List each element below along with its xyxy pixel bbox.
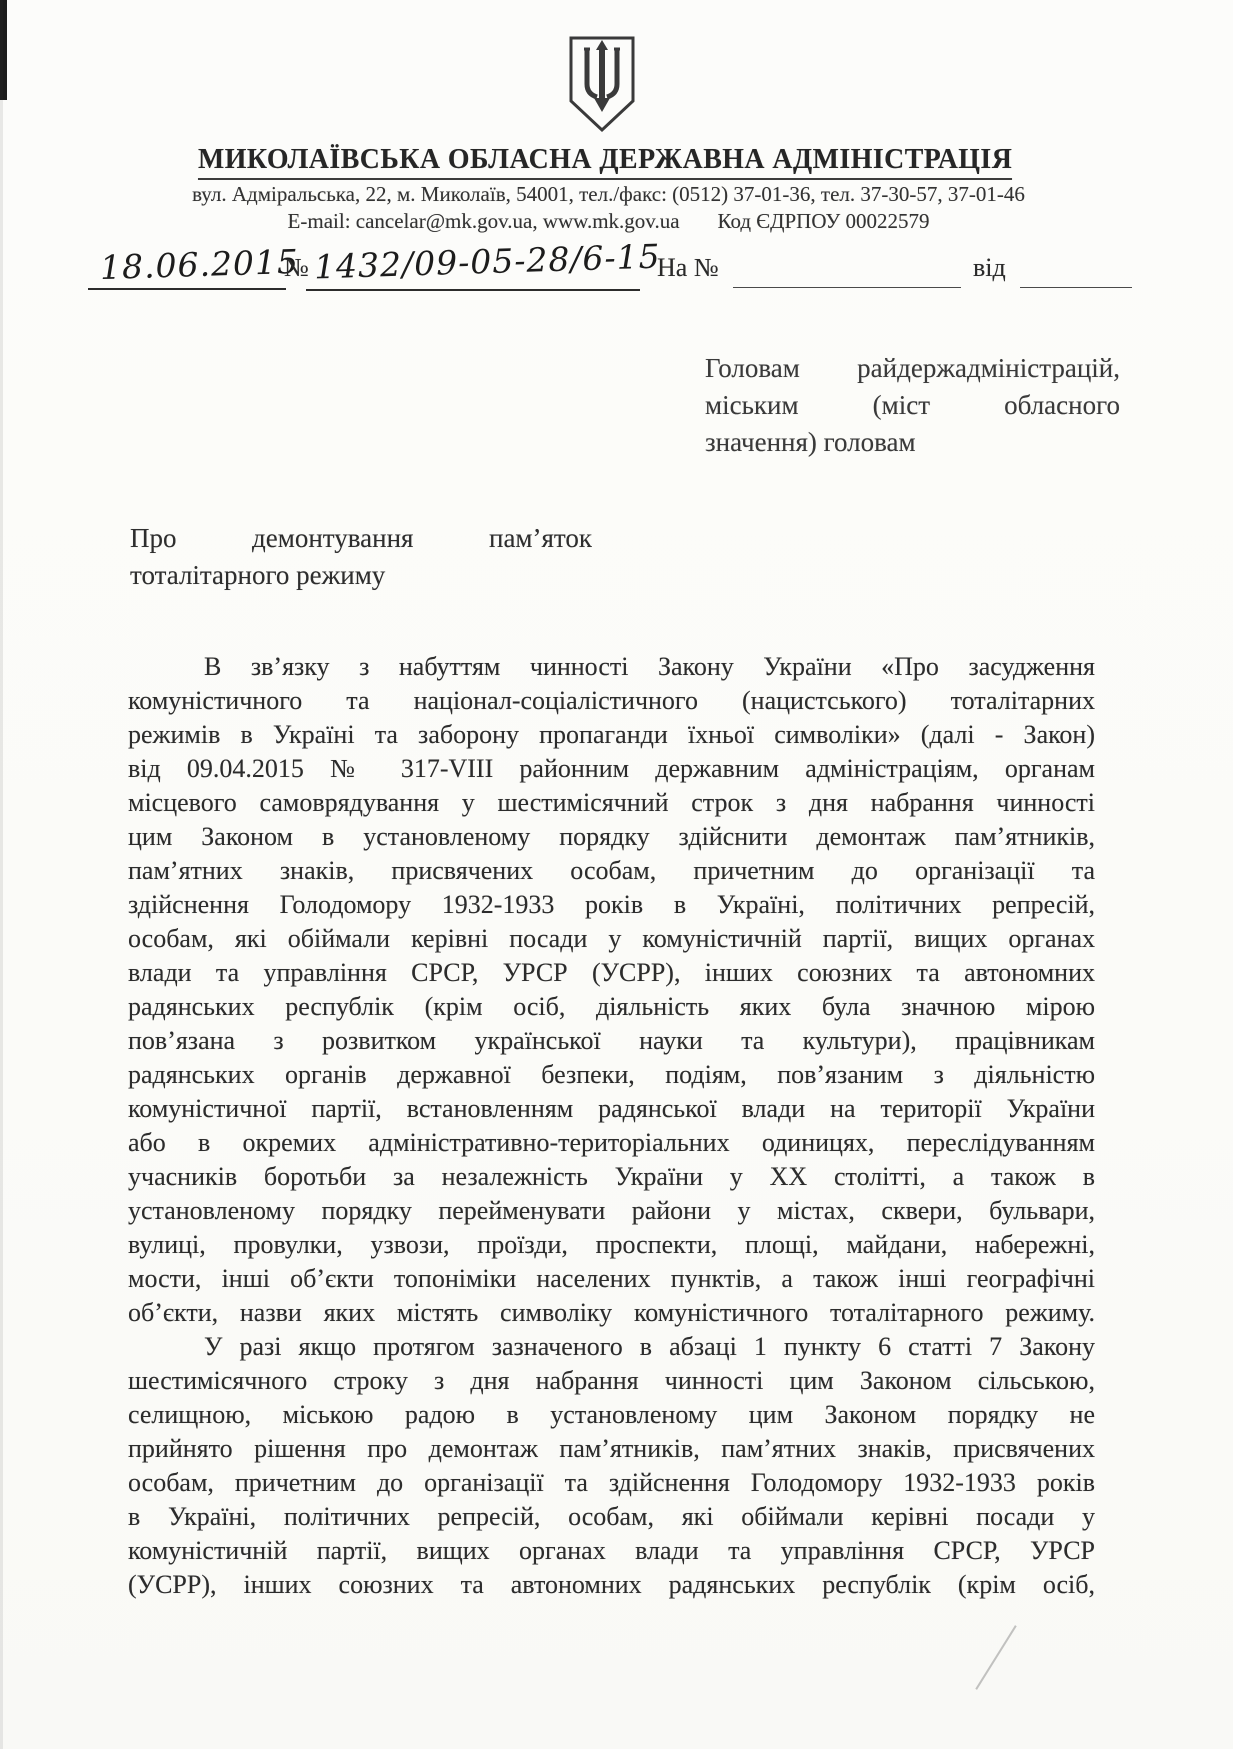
text-line: комуністичній партії, вищих органах влад… (128, 1534, 1095, 1568)
text-line: тоталітарного режиму (130, 557, 592, 594)
text-line: селищною, міською радою в установленому … (128, 1398, 1095, 1432)
incoming-number-blank (733, 287, 961, 288)
date-underline (88, 288, 286, 290)
org-contacts: E-mail: cancelar@mk.gov.ua, www.mk.gov.u… (0, 209, 1225, 234)
text-line: режимів в Україні та заборону пропаганди… (128, 718, 1095, 752)
text-line: міським (міст обласного (705, 387, 1120, 424)
text-line: Про демонтування пам’яток (130, 520, 592, 557)
outgoing-number-handwritten: 1432/09-05-28/6-15 (313, 237, 661, 287)
text-line: (УСРР), інших союзних та автономних радя… (128, 1568, 1095, 1602)
text-line: прийнято рішення про демонтаж пам’ятникі… (128, 1432, 1095, 1466)
number-sign: № (284, 253, 309, 283)
incoming-date-label: від (973, 253, 1006, 283)
text-line: значення) головам (705, 424, 1120, 461)
org-title: МИКОЛАЇВСЬКА ОБЛАСНА ДЕРЖАВНА АДМІНІСТРА… (0, 143, 1210, 180)
text-line: цим Законом в установленому порядку здій… (128, 820, 1095, 854)
text-line: влади та управління СРСР, УРСР (УСРР), і… (128, 956, 1095, 990)
scan-scratch-artifact (975, 1625, 1016, 1690)
text-line: об’єкти, назви яких містять символіку ко… (128, 1296, 1095, 1330)
body-paragraph-2: У разі якщо протягом зазначеного в абзац… (128, 1330, 1095, 1602)
text-line: В зв’язку з набуттям чинності Закону Укр… (128, 650, 1095, 684)
text-line: комуністичного та націонал-соціалістично… (128, 684, 1095, 718)
scanned-official-letter: МИКОЛАЇВСЬКА ОБЛАСНА ДЕРЖАВНА АДМІНІСТРА… (0, 0, 1233, 1749)
org-title-text: МИКОЛАЇВСЬКА ОБЛАСНА ДЕРЖАВНА АДМІНІСТРА… (198, 143, 1012, 180)
text-line: Головам райдержадміністрацій, (705, 350, 1120, 387)
body-paragraph-1: В зв’язку з набуттям чинності Закону Укр… (128, 650, 1095, 1330)
outgoing-date-handwritten: 18.06.2015 (99, 242, 299, 287)
org-address: вул. Адміральська, 22, м. Миколаїв, 5400… (0, 182, 1225, 207)
text-line: учасників боротьби за незалежність Украї… (128, 1160, 1095, 1194)
text-line: шестимісячного строку з дня набрання чин… (128, 1364, 1095, 1398)
subject-block: Про демонтування пам’ятоктоталітарного р… (130, 520, 592, 594)
text-line: особам, які обіймали керівні посади у ко… (128, 922, 1095, 956)
number-underline (306, 289, 640, 291)
text-line: від 09.04.2015 № 317-VIII районним держа… (128, 752, 1095, 786)
org-email-web: E-mail: cancelar@mk.gov.ua, www.mk.gov.u… (288, 209, 680, 233)
ukraine-trident-emblem-icon (566, 36, 638, 134)
text-line: в Україні, політичних репресій, особам, … (128, 1500, 1095, 1534)
text-line: пам’ятних знаків, присвячених особам, пр… (128, 854, 1095, 888)
text-line: радянських республік (крім осіб, діяльні… (128, 990, 1095, 1024)
text-line: мости, інші об’єкти топоніміки населених… (128, 1262, 1095, 1296)
incoming-date-blank (1020, 287, 1132, 288)
incoming-number-label: На № (657, 253, 719, 283)
text-line: У разі якщо протягом зазначеного в абзац… (128, 1330, 1095, 1364)
text-line: пов’язана з розвитком української науки … (128, 1024, 1095, 1058)
text-line: радянських органів державної безпеки, по… (128, 1058, 1095, 1092)
text-line: здійснення Голодомору 1932-1933 років в … (128, 888, 1095, 922)
org-edrpou-code: Код ЄДРПОУ 00022579 (718, 209, 930, 233)
text-line: вулиці, провулки, узвози, проїзди, просп… (128, 1228, 1095, 1262)
text-line: або в окремих адміністративно-територіал… (128, 1126, 1095, 1160)
text-line: комуністичної партії, встановленням радя… (128, 1092, 1095, 1126)
text-line: установленому порядку перейменувати райо… (128, 1194, 1095, 1228)
reference-line: 18.06.2015 № 1432/09-05-28/6-15 На № від (0, 244, 1233, 296)
text-line: місцевого самоврядування у шестимісячний… (128, 786, 1095, 820)
letter-body: В зв’язку з набуттям чинності Закону Укр… (128, 650, 1095, 1602)
org-address-text: вул. Адміральська, 22, м. Миколаїв, 5400… (192, 182, 1025, 206)
text-line: особам, причетним до організації та здій… (128, 1466, 1095, 1500)
addressee-block: Головам райдержадміністрацій,міським (мі… (705, 350, 1120, 461)
